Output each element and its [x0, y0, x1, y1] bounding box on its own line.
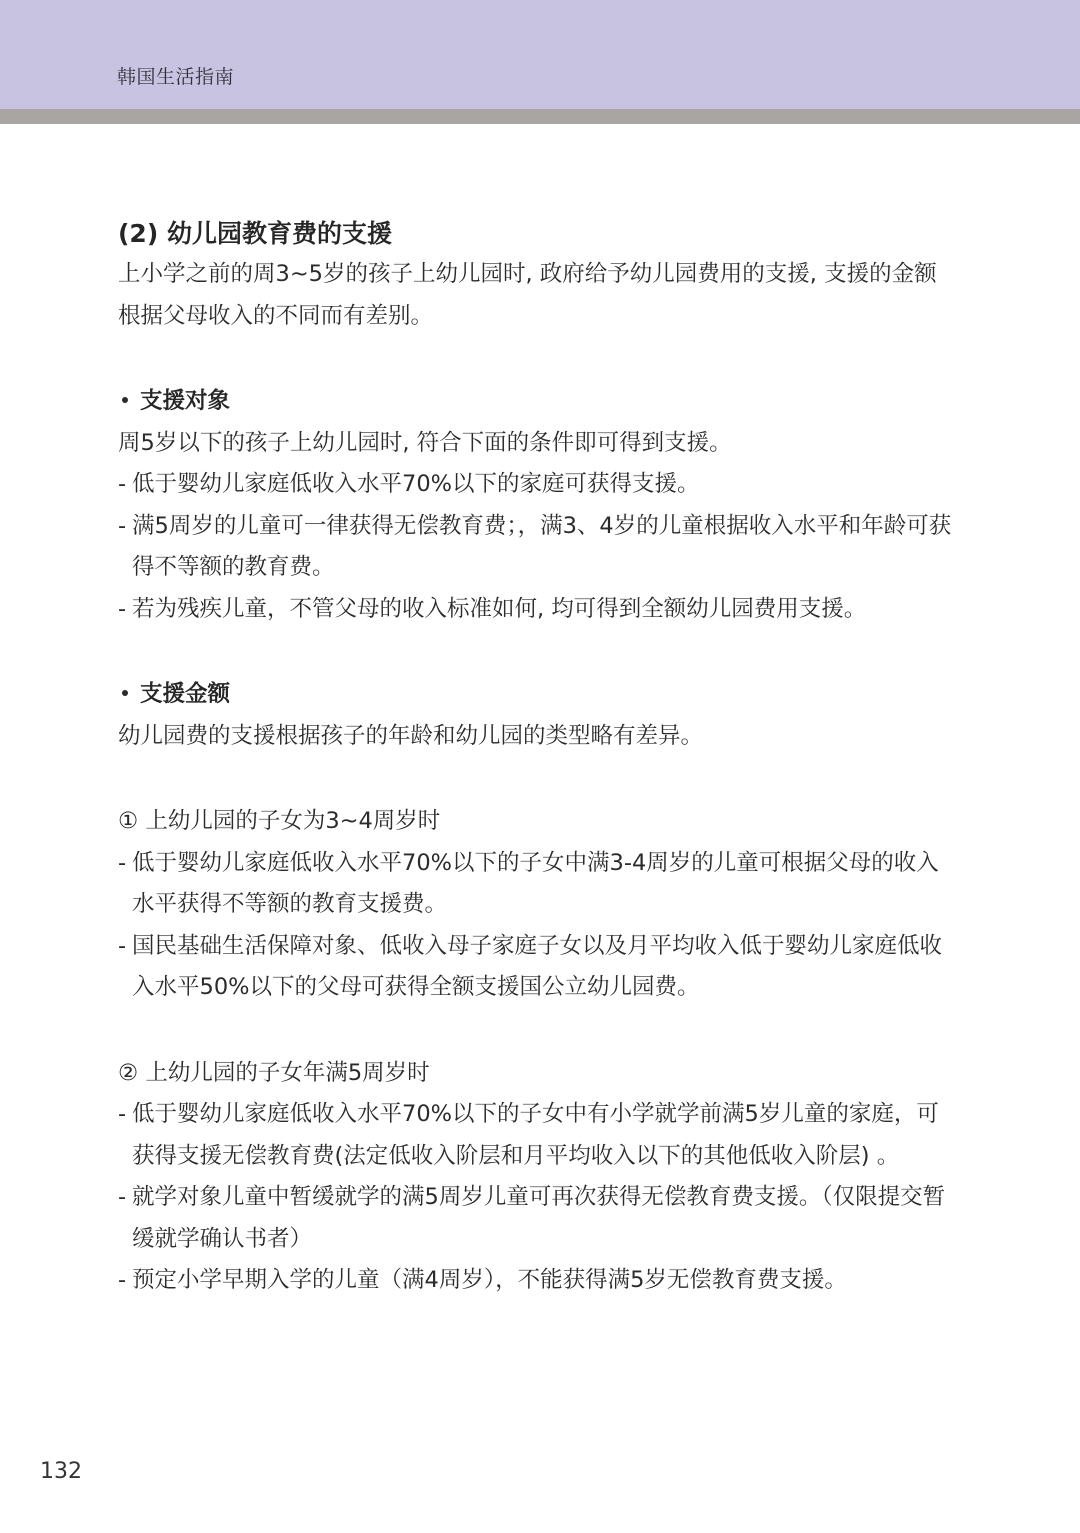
- list-item: -低于婴幼儿家庭低收入水平70%以下的家庭可获得支援。: [118, 464, 958, 506]
- bullet-icon: [122, 397, 128, 403]
- page-number: 132: [40, 1458, 82, 1486]
- support-target-intro: 周5岁以下的孩子上幼儿园时, 符合下面的条件即可得到支援。: [118, 423, 958, 465]
- list-item-text: 低于婴幼儿家庭低收入水平70%以下的子女中有小学就学前满5岁儿童的家庭，可获得支…: [132, 1101, 939, 1169]
- list-item-text: 若为残疾儿童，不管父母的收入标准如何, 均可得到全额幼儿园费用支援。: [132, 596, 866, 622]
- support-amount-heading: 支援金额: [118, 674, 958, 716]
- bullet-icon: [122, 690, 128, 696]
- dash-marker: -: [118, 464, 132, 506]
- spacer: [118, 630, 958, 674]
- support-target-heading: 支援对象: [118, 381, 958, 423]
- spacer: [118, 1009, 958, 1053]
- support-target-heading-text: 支援对象: [140, 388, 230, 414]
- support-amount-section: 支援金额 幼儿园费的支援根据孩子的年龄和幼儿园的类型略有差异。 ① 上幼儿园的子…: [118, 674, 958, 1302]
- group-title: ① 上幼儿园的子女为3~4周岁时: [118, 801, 958, 843]
- spacer: [118, 757, 958, 801]
- support-target-section: 支援对象 周5岁以下的孩子上幼儿园时, 符合下面的条件即可得到支援。 -低于婴幼…: [118, 381, 958, 630]
- group-title: ② 上幼儿园的子女年满5周岁时: [118, 1053, 958, 1095]
- list-item-text: 低于婴幼儿家庭低收入水平70%以下的家庭可获得支援。: [132, 471, 700, 497]
- dash-marker: -: [118, 1260, 132, 1302]
- dash-marker: -: [118, 1094, 132, 1136]
- header-band: 韩国生活指南: [0, 0, 1080, 109]
- age-3-4-group: ① 上幼儿园的子女为3~4周岁时 -低于婴幼儿家庭低收入水平70%以下的子女中满…: [118, 801, 958, 1009]
- list-item: -低于婴幼儿家庭低收入水平70%以下的子女中满3-4周岁的儿童可根据父母的收入水…: [118, 843, 958, 926]
- dash-marker: -: [118, 926, 132, 968]
- section-title: (2) 幼儿园教育费的支援: [118, 214, 958, 254]
- list-item: -国民基础生活保障对象、低收入母子家庭子女以及月平均收入低于婴幼儿家庭低收入水平…: [118, 926, 958, 1009]
- support-amount-heading-text: 支援金额: [140, 681, 230, 707]
- dash-marker: -: [118, 843, 132, 885]
- page-content: (2) 幼儿园教育费的支援 上小学之前的周3~5岁的孩子上幼儿园时, 政府给予幼…: [118, 214, 958, 1302]
- spacer: [118, 337, 958, 381]
- list-item: -预定小学早期入学的儿童（满4周岁），不能获得满5岁无偿教育费支援。: [118, 1260, 958, 1302]
- list-item: -满5周岁的儿童可一律获得无偿教育费；，满3、4岁的儿童根据收入水平和年龄可获得…: [118, 506, 958, 589]
- header-divider-stripe: [0, 109, 1080, 124]
- list-item: -就学对象儿童中暂缓就学的满5周岁儿童可再次获得无偿教育费支援。（仅限提交暂缓就…: [118, 1177, 958, 1260]
- list-item-text: 预定小学早期入学的儿童（满4周岁），不能获得满5岁无偿教育费支援。: [132, 1267, 847, 1293]
- section-intro: 上小学之前的周3~5岁的孩子上幼儿园时, 政府给予幼儿园费用的支援, 支援的金额…: [118, 254, 958, 337]
- list-item-text: 低于婴幼儿家庭低收入水平70%以下的子女中满3-4周岁的儿童可根据父母的收入水平…: [132, 850, 939, 918]
- dash-marker: -: [118, 1177, 132, 1219]
- running-header-title: 韩国生活指南: [117, 64, 234, 90]
- list-item-text: 就学对象儿童中暂缓就学的满5周岁儿童可再次获得无偿教育费支援。（仅限提交暂缓就学…: [132, 1184, 945, 1252]
- dash-marker: -: [118, 506, 132, 548]
- list-item-text: 满5周岁的儿童可一律获得无偿教育费；，满3、4岁的儿童根据收入水平和年龄可获得不…: [132, 513, 951, 581]
- list-item-text: 国民基础生活保障对象、低收入母子家庭子女以及月平均收入低于婴幼儿家庭低收入水平5…: [132, 933, 942, 1001]
- list-item: -若为残疾儿童，不管父母的收入标准如何, 均可得到全额幼儿园费用支援。: [118, 589, 958, 631]
- list-item: -低于婴幼儿家庭低收入水平70%以下的子女中有小学就学前满5岁儿童的家庭，可获得…: [118, 1094, 958, 1177]
- support-amount-intro: 幼儿园费的支援根据孩子的年龄和幼儿园的类型略有差异。: [118, 716, 958, 758]
- age-5-group: ② 上幼儿园的子女年满5周岁时 -低于婴幼儿家庭低收入水平70%以下的子女中有小…: [118, 1053, 958, 1302]
- dash-marker: -: [118, 589, 132, 631]
